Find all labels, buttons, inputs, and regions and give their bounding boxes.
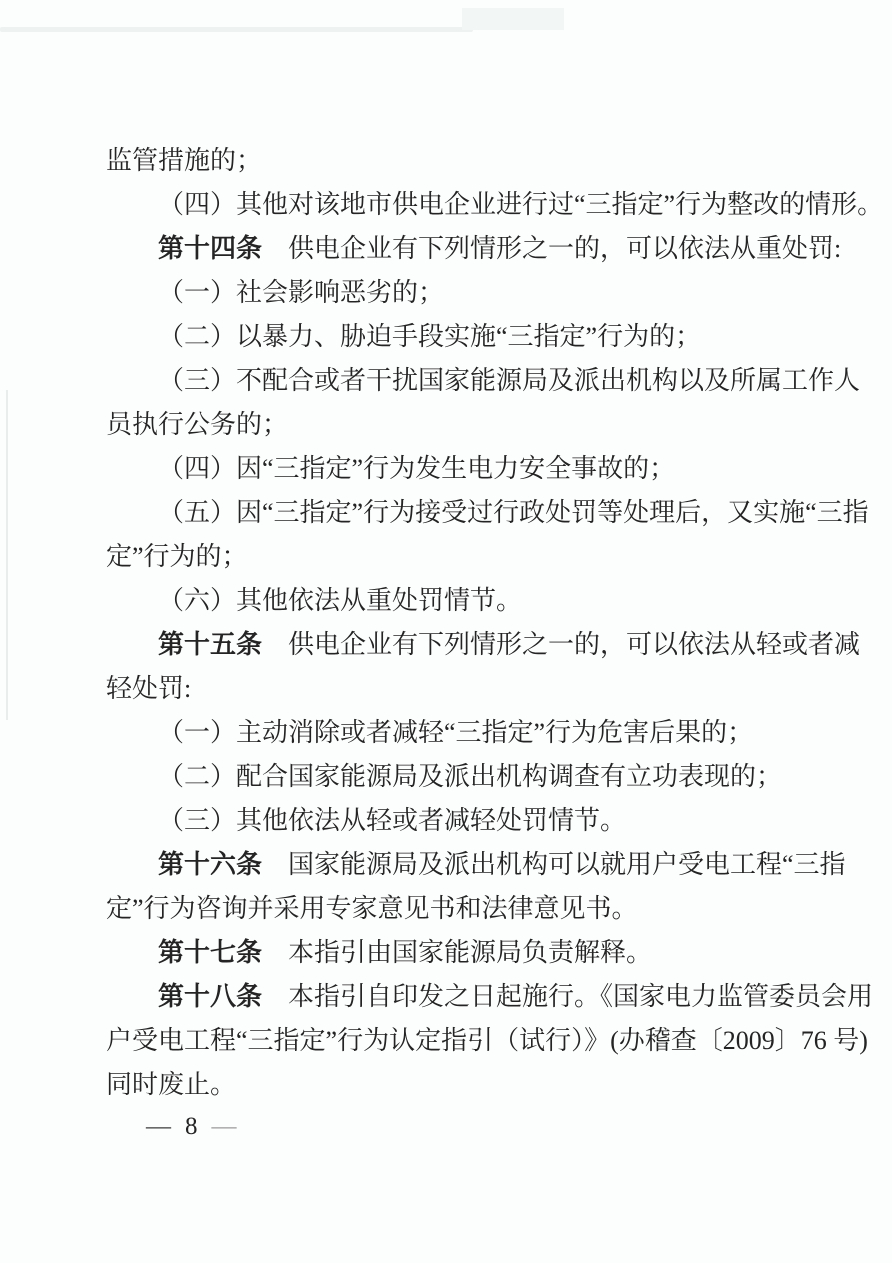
text-line: 监管措施的； (106, 139, 868, 183)
line-text: 供电企业有下列情形之一的，可以依法从轻或者减 (262, 630, 860, 659)
text-line: （一）社会影响恶劣的； (106, 271, 868, 315)
line-text: （五）因“三指定”行为接受过行政处罚等处理后，又实施“三指 (158, 498, 869, 527)
line-text: （四）其他对该地市供电企业进行过“三指定”行为整改的情形。 (158, 190, 883, 219)
line-text: 员执行公务的； (106, 410, 288, 439)
article-heading: 第十七条 (158, 938, 262, 967)
page-number: 8 (185, 1113, 198, 1140)
footer-right-dash: — (212, 1113, 237, 1140)
line-text: （二）配合国家能源局及派出机构调查有立功表现的； (158, 762, 782, 791)
text-line: （五）因“三指定”行为接受过行政处罚等处理后，又实施“三指 (106, 491, 868, 535)
line-text: 监管措施的； (106, 146, 262, 175)
page-footer: —8— (146, 1112, 237, 1142)
document-lines: 监管措施的；（四）其他对该地市供电企业进行过“三指定”行为整改的情形。第十四条 … (106, 139, 868, 1107)
text-line: （四）因“三指定”行为发生电力安全事故的； (106, 447, 868, 491)
line-text: （三）其他依法从轻或者减轻处罚情节。 (158, 806, 626, 835)
line-text: （一）社会影响恶劣的； (158, 278, 444, 307)
text-line: （二）以暴力、胁迫手段实施“三指定”行为的； (106, 315, 868, 359)
text-line: 员执行公务的； (106, 403, 868, 447)
text-line: （六）其他依法从重处罚情节。 (106, 579, 868, 623)
text-line: （四）其他对该地市供电企业进行过“三指定”行为整改的情形。 (106, 183, 868, 227)
line-text: （一）主动消除或者减轻“三指定”行为危害后果的； (158, 718, 753, 747)
text-line: 第十六条 国家能源局及派出机构可以就用户受电工程“三指 (106, 843, 868, 887)
footer-left-dash: — (146, 1113, 171, 1140)
line-text: 定”行为的； (106, 542, 248, 571)
line-text: 国家能源局及派出机构可以就用户受电工程“三指 (262, 850, 846, 879)
scan-artifact-left-edge (6, 390, 8, 720)
line-text: 本指引自印发之日起施行。《国家电力监管委员会用 (262, 982, 873, 1011)
text-line: （一）主动消除或者减轻“三指定”行为危害后果的； (106, 711, 868, 755)
line-text: （三）不配合或者干扰国家能源局及派出机构以及所属工作人 (158, 366, 860, 395)
article-heading: 第十八条 (158, 982, 262, 1011)
text-line: 轻处罚: (106, 667, 868, 711)
line-text: （四）因“三指定”行为发生电力安全事故的； (158, 454, 675, 483)
line-text: 轻处罚: (106, 674, 191, 703)
text-line: 户受电工程“三指定”行为认定指引（试行）》(办稽查〔2009〕76 号) (106, 1019, 868, 1063)
text-line: 同时废止。 (106, 1063, 868, 1107)
text-line: 第十八条 本指引自印发之日起施行。《国家电力监管委员会用 (106, 975, 868, 1019)
line-text: （六）其他依法从重处罚情节。 (158, 586, 522, 615)
text-line: （三）其他依法从轻或者减轻处罚情节。 (106, 799, 868, 843)
line-text: （二）以暴力、胁迫手段实施“三指定”行为的； (158, 322, 701, 351)
text-line: 第十五条 供电企业有下列情形之一的，可以依法从轻或者减 (106, 623, 868, 667)
text-line: 第十七条 本指引由国家能源局负责解释。 (106, 931, 868, 975)
text-line: （二）配合国家能源局及派出机构调查有立功表现的； (106, 755, 868, 799)
line-text: 定”行为咨询并采用专家意见书和法律意见书。 (106, 894, 638, 923)
article-heading: 第十五条 (158, 630, 262, 659)
scan-artifact-top-line (0, 27, 473, 32)
line-text: 户受电工程“三指定”行为认定指引（试行）》(办稽查〔2009〕76 号) (106, 1026, 868, 1055)
text-line: 定”行为的； (106, 535, 868, 579)
line-text: 供电企业有下列情形之一的，可以依法从重处罚: (262, 234, 841, 263)
line-text: 同时废止。 (106, 1070, 236, 1099)
article-heading: 第十四条 (158, 234, 262, 263)
scan-artifact-top-patch (462, 8, 564, 30)
line-text: 本指引由国家能源局负责解释。 (262, 938, 652, 967)
article-heading: 第十六条 (158, 850, 262, 879)
text-line: 定”行为咨询并采用专家意见书和法律意见书。 (106, 887, 868, 931)
text-line: （三）不配合或者干扰国家能源局及派出机构以及所属工作人 (106, 359, 868, 403)
text-line: 第十四条 供电企业有下列情形之一的，可以依法从重处罚: (106, 227, 868, 271)
document-page: 监管措施的；（四）其他对该地市供电企业进行过“三指定”行为整改的情形。第十四条 … (0, 0, 892, 1263)
